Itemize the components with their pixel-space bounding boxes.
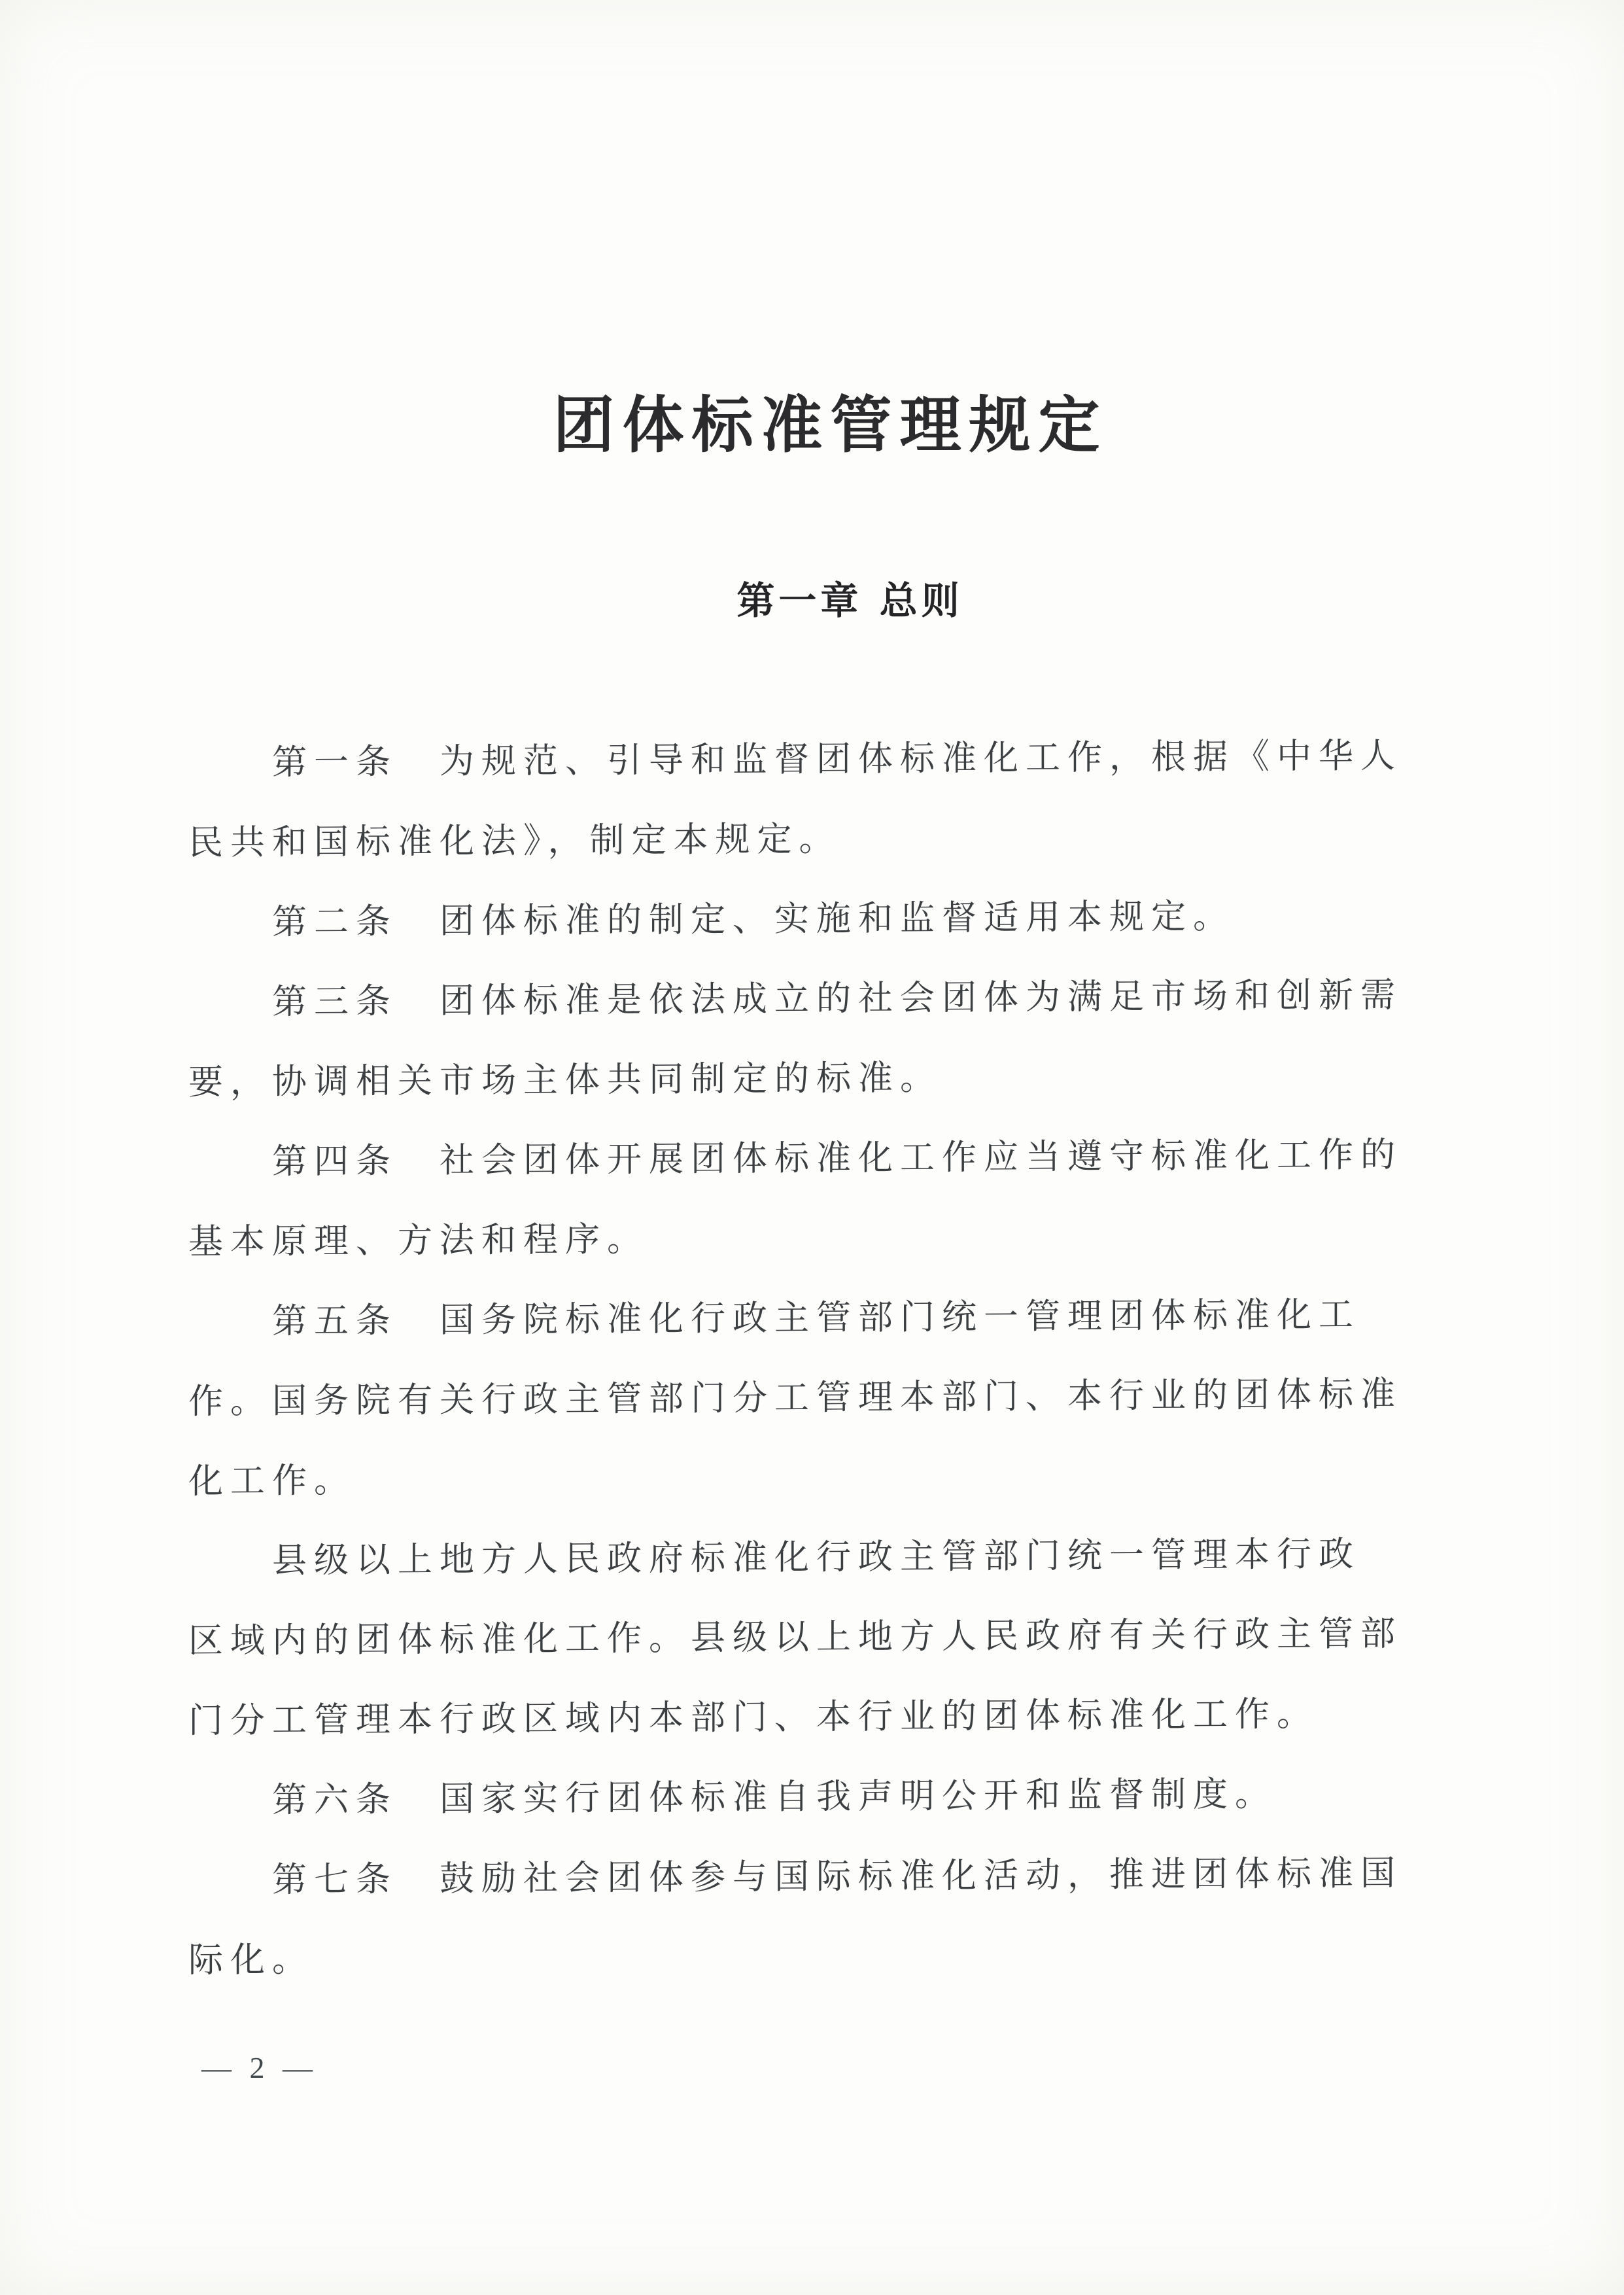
- body-line: 第六条 国家实行团体标准自我声明公开和监督制度。: [188, 1754, 1418, 1841]
- body-line: 第七条 鼓励社会团体参与国际标准化活动，推进团体标准国: [188, 1834, 1418, 1921]
- document-title: 团体标准管理规定: [18, 390, 1624, 461]
- scanned-document-page: 团体标准管理规定 第一章 总则 第一条 为规范、引导和监督团体标准化工作，根据《…: [0, 0, 1624, 2295]
- body-line: 区域内的团体标准化工作。县级以上地方人民政府有关行政主管部: [188, 1594, 1418, 1681]
- body-line: 民共和国标准化法》，制定本规定。: [188, 796, 1418, 883]
- body-line: 第五条 国务院标准化行政主管部门统一管理团体标准化工: [188, 1275, 1418, 1362]
- document-body: 第一条 为规范、引导和监督团体标准化工作，根据《中华人 民共和国标准化法》，制定…: [188, 716, 1418, 2001]
- body-line: 第三条 团体标准是依法成立的社会团体为满足市场和创新需: [188, 956, 1418, 1043]
- body-line: 第四条 社会团体开展团体标准化工作应当遵守标准化工作的: [188, 1115, 1418, 1202]
- body-line: 门分工管理本行政区域内本部门、本行业的团体标准化工作。: [188, 1674, 1418, 1761]
- body-line: 作。国务院有关行政主管部门分工管理本部门、本行业的团体标准: [188, 1355, 1418, 1442]
- body-line: 第一条 为规范、引导和监督团体标准化工作，根据《中华人: [188, 716, 1418, 803]
- body-line: 基本原理、方法和程序。: [188, 1195, 1418, 1282]
- body-line: 第二条 团体标准的制定、实施和监督适用本规定。: [188, 876, 1418, 963]
- page-number: — 2 —: [201, 2050, 318, 2085]
- body-line: 县级以上地方人民政府标准化行政主管部门统一管理本行政: [188, 1515, 1418, 1602]
- body-line: 际化。: [188, 1914, 1418, 2001]
- chapter-heading: 第一章 总则: [38, 578, 1624, 624]
- body-line: 要，协调相关市场主体共同制定的标准。: [188, 1036, 1418, 1123]
- body-line: 化工作。: [188, 1435, 1418, 1522]
